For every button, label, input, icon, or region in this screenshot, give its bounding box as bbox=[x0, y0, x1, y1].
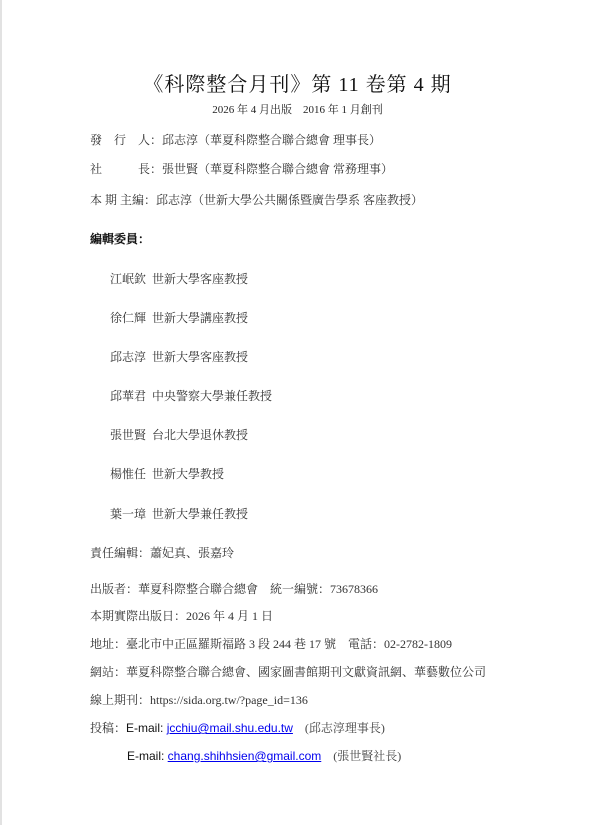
masthead-label: 本 期 主編： bbox=[90, 193, 156, 207]
board-member: 徐仁輝世新大學講座教授 bbox=[110, 309, 248, 326]
member-title: 世新大學客座教授 bbox=[152, 350, 248, 364]
member-title: 中央警察大學兼任教授 bbox=[152, 389, 272, 403]
board-member: 江岷欽世新大學客座教授 bbox=[110, 270, 248, 287]
member-name: 楊惟任 bbox=[110, 465, 146, 482]
member-name: 徐仁輝 bbox=[110, 309, 146, 326]
member-title: 世新大學客座教授 bbox=[152, 272, 248, 286]
submission-line-2: E-mail: chang.shihhsien@gmail.com(張世賢社長) bbox=[127, 747, 401, 764]
masthead-label: 發 行 人： bbox=[90, 133, 162, 147]
email-link-chiu[interactable]: jcchiu@mail.shu.edu.tw bbox=[167, 721, 293, 735]
online-journal: 線上期刊：https://sida.org.tw/?page_id=136 bbox=[90, 691, 308, 708]
email-note: (邱志淳理事長) bbox=[305, 721, 385, 735]
masthead-value: 張世賢（華夏科際整合聯合總會 常務理事） bbox=[162, 162, 393, 176]
publication-dates: 2026 年 4 月出版 2016 年 1 月創刊 bbox=[0, 101, 595, 117]
responsible-editors: 責任編輯：蕭妃真、張嘉玲 bbox=[90, 544, 234, 561]
websites: 網站：華夏科際整合聯合總會、國家圖書館期刊文獻資訊網、華藝數位公司 bbox=[90, 663, 486, 680]
email-note: (張世賢社長) bbox=[333, 749, 401, 763]
member-name: 葉一璋 bbox=[110, 505, 146, 522]
board-member: 楊惟任世新大學教授 bbox=[110, 465, 224, 482]
masthead-value: 邱志淳（華夏科際整合聯合總會 理事長） bbox=[162, 133, 381, 147]
masthead-label: 社 長： bbox=[90, 162, 162, 176]
submission-line-1: 投稿：E-mail: jcchiu@mail.shu.edu.tw(邱志淳理事長… bbox=[90, 719, 385, 736]
masthead-value: 邱志淳（世新大學公共關係暨廣告學系 客座教授） bbox=[156, 193, 423, 207]
member-name: 邱華君 bbox=[110, 387, 146, 404]
board-member: 葉一璋世新大學兼任教授 bbox=[110, 505, 248, 522]
board-member: 張世賢台北大學退休教授 bbox=[110, 426, 248, 443]
chief-editor: 本 期 主編：邱志淳（世新大學公共關係暨廣告學系 客座教授） bbox=[90, 191, 423, 208]
member-title: 世新大學講座教授 bbox=[152, 311, 248, 325]
publisher-info: 出版者：華夏科際整合聯合總會 統一編號：73678366 bbox=[90, 580, 378, 597]
page-edge bbox=[0, 0, 2, 825]
submission-label: 投稿： bbox=[90, 721, 126, 735]
member-name: 張世賢 bbox=[110, 426, 146, 443]
board-member: 邱華君中央警察大學兼任教授 bbox=[110, 387, 272, 404]
publisher-person: 發 行 人：邱志淳（華夏科際整合聯合總會 理事長） bbox=[90, 131, 381, 148]
email-link-chang[interactable]: chang.shihhsien@gmail.com bbox=[168, 749, 322, 763]
email-prefix: E-mail: bbox=[127, 749, 168, 763]
member-name: 邱志淳 bbox=[110, 348, 146, 365]
member-title: 台北大學退休教授 bbox=[152, 428, 248, 442]
president: 社 長：張世賢（華夏科際整合聯合總會 常務理事） bbox=[90, 160, 393, 177]
editorial-board-heading: 編輯委員： bbox=[90, 230, 150, 247]
page-title: 《科際整合月刊》第 11 卷第 4 期 bbox=[0, 68, 595, 97]
actual-publish-date: 本期實際出版日：2026 年 4 月 1 日 bbox=[90, 607, 273, 624]
address-phone: 地址：臺北市中正區羅斯福路 3 段 244 巷 17 號 電話：02-2782-… bbox=[90, 635, 452, 652]
email-prefix: E-mail: bbox=[126, 721, 167, 735]
member-title: 世新大學兼任教授 bbox=[152, 507, 248, 521]
board-member: 邱志淳世新大學客座教授 bbox=[110, 348, 248, 365]
member-name: 江岷欽 bbox=[110, 270, 146, 287]
member-title: 世新大學教授 bbox=[152, 467, 224, 481]
